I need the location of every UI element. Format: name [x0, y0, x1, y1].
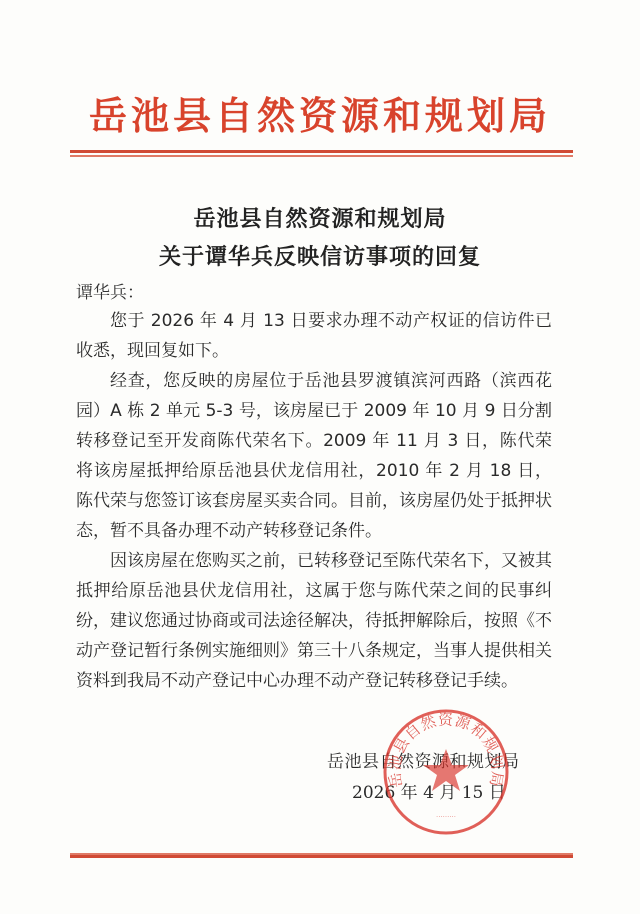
document-title-line1: 岳池县自然资源和规划局 [0, 202, 640, 233]
paragraph-recommendation: 因该房屋在您购买之前，已转移登记至陈代荣名下，又被其抵押给原岳池县伏龙信用社，这… [76, 546, 552, 696]
official-seal-icon: 岳池县自然资源和规划局 ········· [381, 707, 511, 837]
paragraph-acknowledgement: 您于 2026 年 4 月 13 日要求办理不动产权证的信访件已收悉，现回复如下… [76, 306, 552, 366]
paragraph-investigation: 经查，您反映的房屋位于岳池县罗渡镇滨河西路（滨西花园）A 栋 2 单元 5-3 … [76, 366, 552, 546]
document-body: 您于 2026 年 4 月 13 日要求办理不动产权证的信访件已收悉，现回复如下… [76, 306, 552, 696]
letterhead-divider [70, 150, 573, 157]
star-icon [423, 749, 469, 791]
svg-text:·········: ········· [436, 813, 456, 821]
footer-divider [70, 851, 573, 858]
salutation: 谭华兵： [76, 278, 144, 303]
document-title-line2: 关于谭华兵反映信访事项的回复 [0, 240, 640, 271]
letterhead-title: 岳池县自然资源和规划局 [0, 92, 640, 140]
